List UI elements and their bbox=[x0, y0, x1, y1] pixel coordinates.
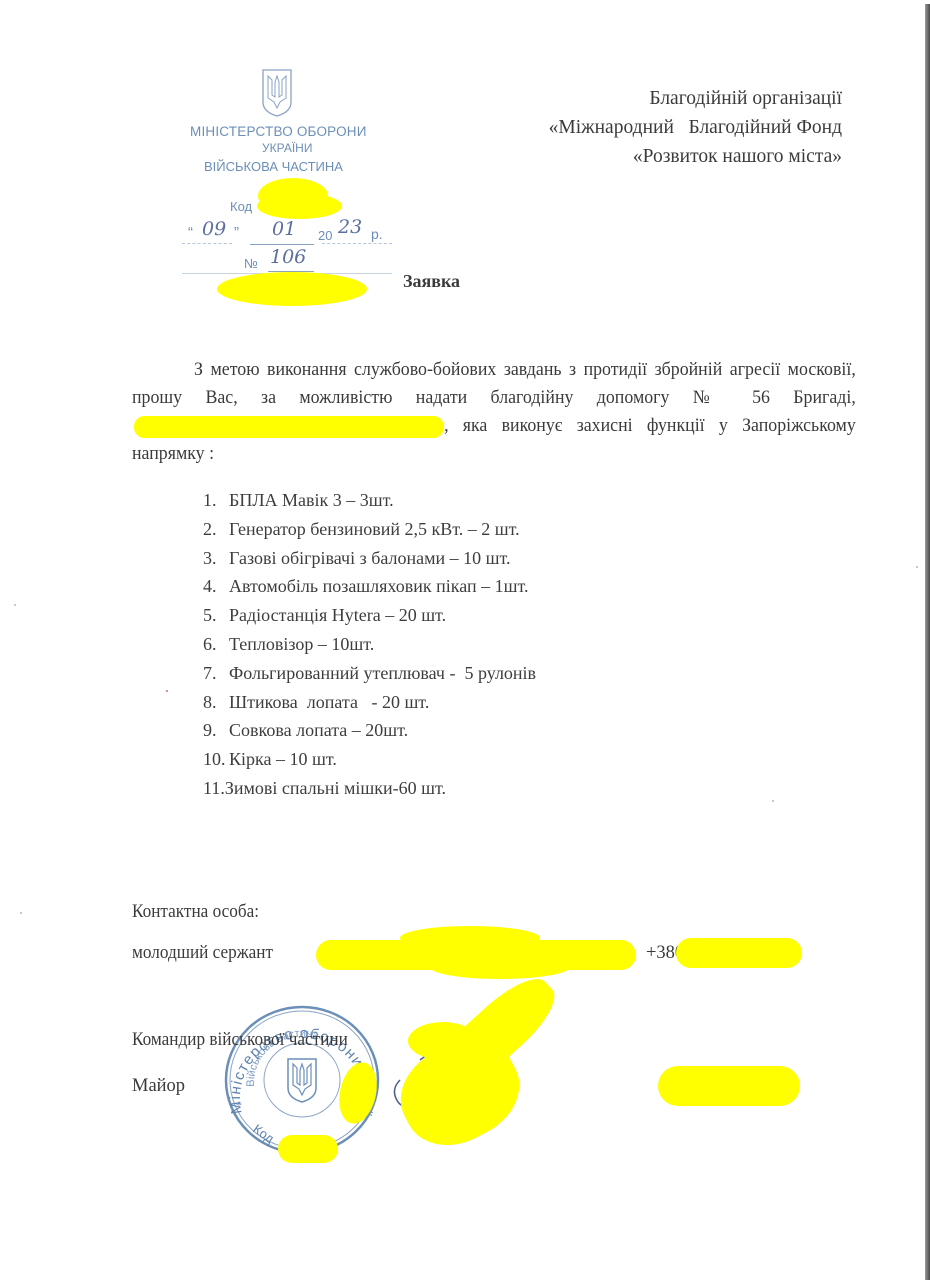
redaction-signature-name-b bbox=[658, 1066, 800, 1106]
list-item-number: 11. bbox=[203, 774, 225, 803]
stamp-date-row: “ 09 ” 01 20 23 р. bbox=[188, 218, 393, 246]
contact-label: Контактна особа: bbox=[132, 902, 259, 923]
list-item: 4.Автомобіль позашляховик пікап – 1шт. bbox=[203, 572, 536, 601]
document-title: Заявка bbox=[403, 271, 460, 292]
scan-edge bbox=[925, 4, 930, 1280]
stamp-unit-text: ВІЙСЬКОВА ЧАСТИНА bbox=[204, 159, 343, 174]
list-item-number: 6. bbox=[203, 630, 229, 659]
list-item-number: 1. bbox=[203, 486, 229, 515]
stamp-year: 23 bbox=[338, 216, 362, 238]
trident-icon bbox=[288, 1059, 316, 1102]
list-item-number: 5. bbox=[203, 601, 229, 630]
recipient-line-3: «Розвиток нашого міста» bbox=[549, 142, 842, 171]
redaction-contact-name-tail bbox=[430, 955, 570, 979]
list-item: 6.Тепловізор – 10шт. bbox=[203, 630, 536, 659]
list-item-text: Совкова лопата – 20шт. bbox=[229, 720, 408, 740]
stamp-ministry-text: МІНІСТЕРСТВО ОБОРОНИ bbox=[190, 124, 367, 139]
list-item-number: 2. bbox=[203, 515, 229, 544]
stamp-number: 106 bbox=[270, 246, 306, 268]
requested-items-list: 1.БПЛА Мавік 3 – 3шт.2.Генератор бензино… bbox=[203, 486, 536, 803]
list-item-text: Генератор бензиновий 2,5 кВт. – 2 шт. bbox=[229, 519, 520, 539]
stamp-day: 09 bbox=[202, 218, 226, 240]
recipient-line-2: «Міжнародний Благодійний Фонд bbox=[549, 113, 842, 142]
recipient-line-1: Благодійній організації bbox=[549, 84, 842, 113]
list-item-text: Автомобіль позашляховик пікап – 1шт. bbox=[229, 576, 529, 596]
redaction-stamp-bottom bbox=[217, 272, 367, 306]
list-item-text: Кірка – 10 шт. bbox=[229, 749, 337, 769]
stamp-country-text: УКРАЇНИ bbox=[262, 141, 312, 155]
stamp-month: 01 bbox=[272, 218, 296, 240]
list-item-number: 3. bbox=[203, 544, 229, 573]
redaction-contact-phone bbox=[676, 938, 802, 968]
redaction-stamp-code bbox=[278, 1135, 338, 1163]
stamp-code-label: Код bbox=[250, 1121, 277, 1146]
request-body: З метою виконання службово-бойових завда… bbox=[132, 356, 856, 468]
signature-position: Командир військової частини bbox=[132, 1030, 348, 1051]
list-item: 9.Совкова лопата – 20шт. bbox=[203, 716, 536, 745]
recipient-block: Благодійній організації «Міжнародний Бла… bbox=[549, 84, 842, 171]
list-item: 11.Зимові спальні мішки-60 шт. bbox=[203, 774, 536, 803]
list-item: 7.Фольгированний утеплювач - 5 рулонів bbox=[203, 659, 536, 688]
list-item: 2.Генератор бензиновий 2,5 кВт. – 2 шт. bbox=[203, 515, 536, 544]
list-item-number: 4. bbox=[203, 572, 229, 601]
list-item-text: Газові обігрівачі з балонами – 10 шт. bbox=[229, 548, 511, 568]
list-item: 10.Кірка – 10 шт. bbox=[203, 745, 536, 774]
signature-rank: Майор bbox=[132, 1076, 185, 1097]
redaction-contact-name-arc bbox=[400, 926, 540, 950]
list-item-text: Штикова лопата - 20 шт. bbox=[229, 692, 429, 712]
list-item: 5.Радіостанція Hytera – 20 шт. bbox=[203, 601, 536, 630]
list-item-number: 7. bbox=[203, 659, 229, 688]
list-item-number: 9. bbox=[203, 716, 229, 745]
list-item: 1.БПЛА Мавік 3 – 3шт. bbox=[203, 486, 536, 515]
list-item: 3.Газові обігрівачі з балонами – 10 шт. bbox=[203, 544, 536, 573]
body-part-1: З метою виконання службово-бойових завда… bbox=[132, 359, 856, 408]
stamp-number-label: № bbox=[244, 256, 258, 271]
list-item: 8.Штикова лопата - 20 шт. bbox=[203, 688, 536, 717]
list-item-text: Фольгированний утеплювач - 5 рулонів bbox=[229, 663, 536, 683]
redaction-unit-name bbox=[134, 416, 444, 438]
list-item-text: БПЛА Мавік 3 – 3шт. bbox=[229, 490, 394, 510]
list-item-text: Тепловізор – 10шт. bbox=[229, 634, 374, 654]
stamp-code-label: Код bbox=[230, 199, 252, 214]
list-item-number: 10. bbox=[203, 745, 229, 774]
registration-stamp: МІНІСТЕРСТВО ОБОРОНИ УКРАЇНИ ВІЙСЬКОВА Ч… bbox=[182, 60, 397, 285]
list-item-text: Зимові спальні мішки-60 шт. bbox=[225, 778, 446, 798]
list-item-number: 8. bbox=[203, 688, 229, 717]
svg-text:*: * bbox=[236, 1098, 242, 1112]
contact-rank: молодший сержант bbox=[132, 943, 273, 964]
stamp-year-prefix: 20 bbox=[318, 228, 332, 243]
stamp-year-suffix: р. bbox=[371, 226, 383, 242]
redaction-stamp-code bbox=[257, 193, 342, 219]
list-item-text: Радіостанція Hytera – 20 шт. bbox=[229, 605, 446, 625]
trident-icon bbox=[260, 68, 294, 118]
